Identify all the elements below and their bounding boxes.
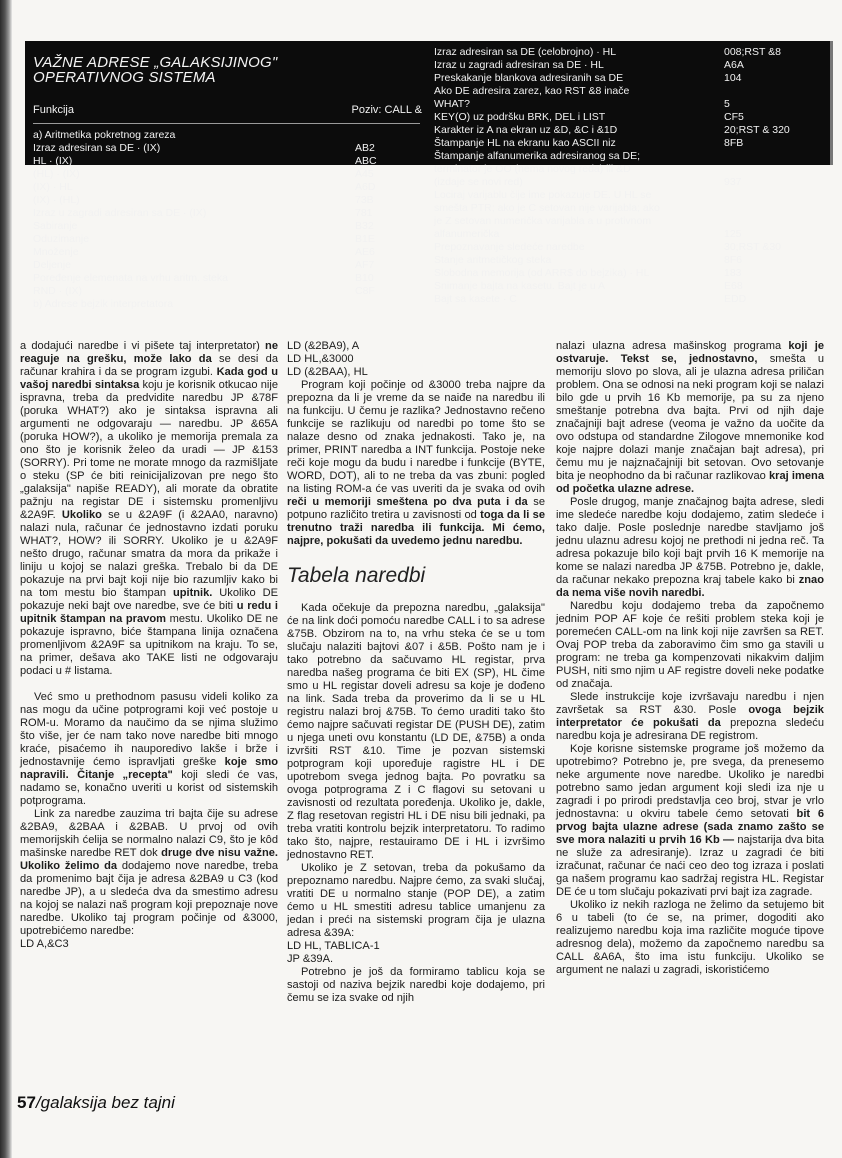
row-call: E68 bbox=[724, 280, 743, 293]
row-function: HL · (IX) bbox=[33, 155, 72, 168]
row-function: alfanumerička bbox=[434, 228, 714, 241]
code-line: JP &39A. bbox=[287, 953, 545, 966]
row-function: je Z setovan numerička varijabla a u pro… bbox=[434, 215, 714, 228]
row-call: 30;RST &30 bbox=[724, 241, 781, 254]
header-call: Poziv: CALL & bbox=[351, 104, 422, 116]
code-line: LD HL, TABLICA-1 bbox=[287, 940, 545, 953]
table-row: (izdaje se novi red)937 bbox=[434, 176, 829, 189]
row-call: 73B bbox=[355, 194, 374, 207]
row-call: 125 bbox=[724, 228, 742, 241]
table-row: Lociraj varijablu čije ime pokazuje DE. … bbox=[434, 189, 829, 202]
row-function: Deljenje bbox=[33, 259, 71, 272]
table-row: MnoženjeAE6 bbox=[33, 246, 422, 259]
row-call: B10 bbox=[355, 272, 374, 285]
row-function: Bajt sa kasete · C bbox=[434, 293, 714, 306]
row-function: (HL) · (IX) bbox=[33, 168, 80, 181]
row-function: Ako DE adresira zarez, kao RST &8 inače bbox=[434, 85, 714, 98]
row-function: (IX) · (HL) bbox=[33, 194, 80, 207]
code-line: LD (&2BA9), A bbox=[287, 340, 545, 353]
code-line: LD (&2BAA), HL bbox=[287, 366, 545, 379]
row-function: b) Adrese bejzik interpretatora bbox=[33, 298, 173, 311]
row-call: A6D bbox=[355, 181, 375, 194]
row-call: 8F6 bbox=[724, 254, 742, 267]
row-call: ABC bbox=[355, 155, 377, 168]
table-title-line-1: VAŽNE ADRESE „GALAKSIJINOG" bbox=[33, 55, 277, 70]
page-number: 57 bbox=[17, 1093, 36, 1112]
code-line: LD A,&C3 bbox=[20, 938, 278, 951]
paragraph: Već smo u prethodnom pasusu videli kolik… bbox=[20, 691, 278, 808]
row-call: 20;RST & 320 bbox=[724, 124, 790, 137]
row-function: Štampanje HL na ekranu kao ASCII niz bbox=[434, 137, 714, 150]
table-right-half: Izraz adresiran sa DE (celobrojno) · HL0… bbox=[422, 41, 833, 165]
table-row: SabiranjeB32 bbox=[33, 220, 422, 233]
paragraph: a dodajući naredbe i vi pišete taj inter… bbox=[20, 340, 278, 678]
table-row: (HL) · (IX)A45 bbox=[33, 168, 422, 181]
row-call: AE6 bbox=[355, 246, 375, 259]
row-function: Izraz u zagradi adresiran sa DE · (IX) bbox=[33, 207, 206, 220]
row-function: Oduzimanje bbox=[33, 233, 89, 246]
paragraph: nalazi ulazna adresa mašinskog programa … bbox=[556, 340, 824, 496]
paragraph: Kada očekuje da prepozna naredbu, „galak… bbox=[287, 602, 545, 862]
table-row: Stanje aritmetičkog steka8F6 bbox=[434, 254, 829, 267]
table-row: Snimanje bajta na kasetu. Bajt je u AE68 bbox=[434, 280, 829, 293]
row-function: KEY(O) uz podršku BRK, DEL i LIST bbox=[434, 111, 714, 124]
page-binding-edge bbox=[0, 0, 12, 1158]
table-row: DeljenjeAF7 bbox=[33, 259, 422, 272]
header-divider bbox=[33, 123, 420, 124]
table-title: VAŽNE ADRESE „GALAKSIJINOG" OPERATIVNOG … bbox=[33, 55, 277, 85]
row-call: CF5 bbox=[724, 111, 744, 124]
paragraph: Program koji počinje od &3000 treba najp… bbox=[287, 379, 545, 548]
row-call: B32 bbox=[355, 220, 374, 233]
row-call: 781 bbox=[355, 207, 373, 220]
row-call: A45 bbox=[355, 168, 374, 181]
table-row: Izraz adresiran sa DE (celobrojno) · HL0… bbox=[434, 46, 829, 59]
row-function: Preskakanje blankova adresiranih sa DE bbox=[434, 72, 714, 85]
table-row: WHAT?5 bbox=[434, 98, 829, 111]
table-row: Štampanje HL na ekranu kao ASCII niz8FB bbox=[434, 137, 829, 150]
row-call: AB2 bbox=[355, 142, 375, 155]
paragraph: Link za naredbe zauzima tri bajta čije s… bbox=[20, 808, 278, 938]
table-row: Izraz u zagradi adresiran sa DE · (IX)78… bbox=[33, 207, 422, 220]
row-function: Snimanje bajta na kasetu. Bajt je u A bbox=[434, 280, 714, 293]
article-column-2: LD (&2BA9), A LD HL,&3000 LD (&2BAA), HL… bbox=[287, 340, 545, 1005]
table-row: KEY(O) uz podršku BRK, DEL i LISTCF5 bbox=[434, 111, 829, 124]
row-function: Množenje bbox=[33, 246, 79, 259]
table-row: HL · (IX)ABC bbox=[33, 155, 422, 168]
paragraph: Slede instrukcije koje izvršavaju naredb… bbox=[556, 691, 824, 743]
publication-title: galaksija bez tajni bbox=[41, 1093, 175, 1112]
table-row: Izraz adresiran sa DE · (IX)AB2 bbox=[33, 142, 422, 155]
row-function: Slobodna memorija (od ARR$ do bejzika) ·… bbox=[434, 267, 714, 280]
table-row: Slobodna memorija (od ARR$ do bejzika) ·… bbox=[434, 267, 829, 280]
table-row: Preskakanje blankova adresiranih sa DE10… bbox=[434, 72, 829, 85]
paragraph: Koje korisne sistemske programe još može… bbox=[556, 743, 824, 899]
row-function: smešta PTR; ako je C setovan nije varija… bbox=[434, 202, 714, 215]
row-call: EDD bbox=[724, 293, 746, 306]
row-function: RND · (IX) bbox=[33, 285, 82, 298]
table-row: Izraz u zagradi adresiran sa DE · HLA6A bbox=[434, 59, 829, 72]
paragraph: Naredbu koju dodajemo treba da započnemo… bbox=[556, 600, 824, 691]
row-function: Izraz adresiran sa DE (celobrojno) · HL bbox=[434, 46, 714, 59]
table-row: smešta PTR; ako je C setovan nije varija… bbox=[434, 202, 829, 215]
row-function: Stanje aritmetičkog steka bbox=[434, 254, 714, 267]
page-footer: 57/galaksija bez tajni bbox=[17, 1093, 175, 1113]
table-right-rows: Izraz adresiran sa DE (celobrojno) · HL0… bbox=[434, 46, 829, 306]
table-row: a) Aritmetika pokretnog zareza bbox=[33, 129, 422, 142]
row-function: WHAT? bbox=[434, 98, 714, 111]
table-row: (IX) · HLA6D bbox=[33, 181, 422, 194]
table-row: terminator je OO (nema novog reda) ili &… bbox=[434, 163, 829, 176]
row-function: a) Aritmetika pokretnog zareza bbox=[33, 129, 175, 142]
table-left-half: VAŽNE ADRESE „GALAKSIJINOG" OPERATIVNOG … bbox=[25, 41, 422, 165]
row-function: (IX) · HL bbox=[33, 181, 73, 194]
table-row: Štampanje alfanumerika adresiranog sa DE… bbox=[434, 150, 829, 163]
table-row: RND · (IX)C8F bbox=[33, 285, 422, 298]
row-call: C8F bbox=[355, 285, 375, 298]
row-call: 104 bbox=[724, 72, 742, 85]
paragraph: Posle drugog, manje značajnog bajta adre… bbox=[556, 496, 824, 600]
row-function: Karakter iz A na ekran uz &D, &C i &1D bbox=[434, 124, 714, 137]
row-function: Izraz adresiran sa DE · (IX) bbox=[33, 142, 160, 155]
table-row: b) Adrese bejzik interpretatora bbox=[33, 298, 422, 311]
table-row: Karakter iz A na ekran uz &D, &C i &1D20… bbox=[434, 124, 829, 137]
table-row: Ako DE adresira zarez, kao RST &8 inače bbox=[434, 85, 829, 98]
row-function: Štampanje alfanumerika adresiranog sa DE… bbox=[434, 150, 714, 163]
row-function: Lociraj varijablu čije ime pokazuje DE. … bbox=[434, 189, 714, 202]
row-function: (izdaje se novi red) bbox=[434, 176, 714, 189]
addresses-table: VAŽNE ADRESE „GALAKSIJINOG" OPERATIVNOG … bbox=[25, 41, 833, 165]
paragraph: Ukoliko iz nekih razloga ne želimo da se… bbox=[556, 899, 824, 977]
table-row: OduzimanjeB1E bbox=[33, 233, 422, 246]
header-function: Funkcija bbox=[33, 104, 74, 116]
row-function: Prepoznavanje sledeće naredbe bbox=[434, 241, 714, 254]
table-row: Bajt sa kasete · CEDD bbox=[434, 293, 829, 306]
table-left-rows: a) Aritmetika pokretnog zareza Izraz adr… bbox=[33, 129, 422, 311]
table-row: Prepoznavanje sledeće naredbe30;RST &30 bbox=[434, 241, 829, 254]
row-call: 8FB bbox=[724, 137, 743, 150]
row-function: terminator je OO (nema novog reda) ili &… bbox=[434, 163, 714, 176]
table-row: je Z setovan numerička varijabla a u pro… bbox=[434, 215, 829, 228]
article-column-1: a dodajući naredbe i vi pišete taj inter… bbox=[20, 340, 278, 951]
paragraph: Ukoliko je Z setovan, treba da pokušamo … bbox=[287, 862, 545, 940]
table-row: Poređenje elemenata na vrhu aritm. steka… bbox=[33, 272, 422, 285]
row-call: B1E bbox=[355, 233, 375, 246]
table-row: alfanumerička125 bbox=[434, 228, 829, 241]
row-function: Izraz u zagradi adresiran sa DE · HL bbox=[434, 59, 714, 72]
section-heading: Tabela naredbi bbox=[287, 564, 545, 588]
row-call: A6A bbox=[724, 59, 744, 72]
table-row: (IX) · (HL)73B bbox=[33, 194, 422, 207]
row-call: AF7 bbox=[355, 259, 374, 272]
article-column-3: nalazi ulazna adresa mašinskog programa … bbox=[556, 340, 824, 977]
row-call: 5 bbox=[724, 98, 730, 111]
row-call: 183 bbox=[724, 267, 742, 280]
table-title-line-2: OPERATIVNOG SISTEMA bbox=[33, 70, 277, 85]
code-line: LD HL,&3000 bbox=[287, 353, 545, 366]
paragraph: Potrebno je još da formiramo tablicu koj… bbox=[287, 966, 545, 1005]
table-header: Funkcija Poziv: CALL & bbox=[33, 104, 422, 118]
row-function: Sabiranje bbox=[33, 220, 77, 233]
row-call: 937 bbox=[724, 176, 742, 189]
row-function: Poređenje elemenata na vrhu aritm. steka bbox=[33, 272, 228, 285]
row-call: 008;RST &8 bbox=[724, 46, 781, 59]
